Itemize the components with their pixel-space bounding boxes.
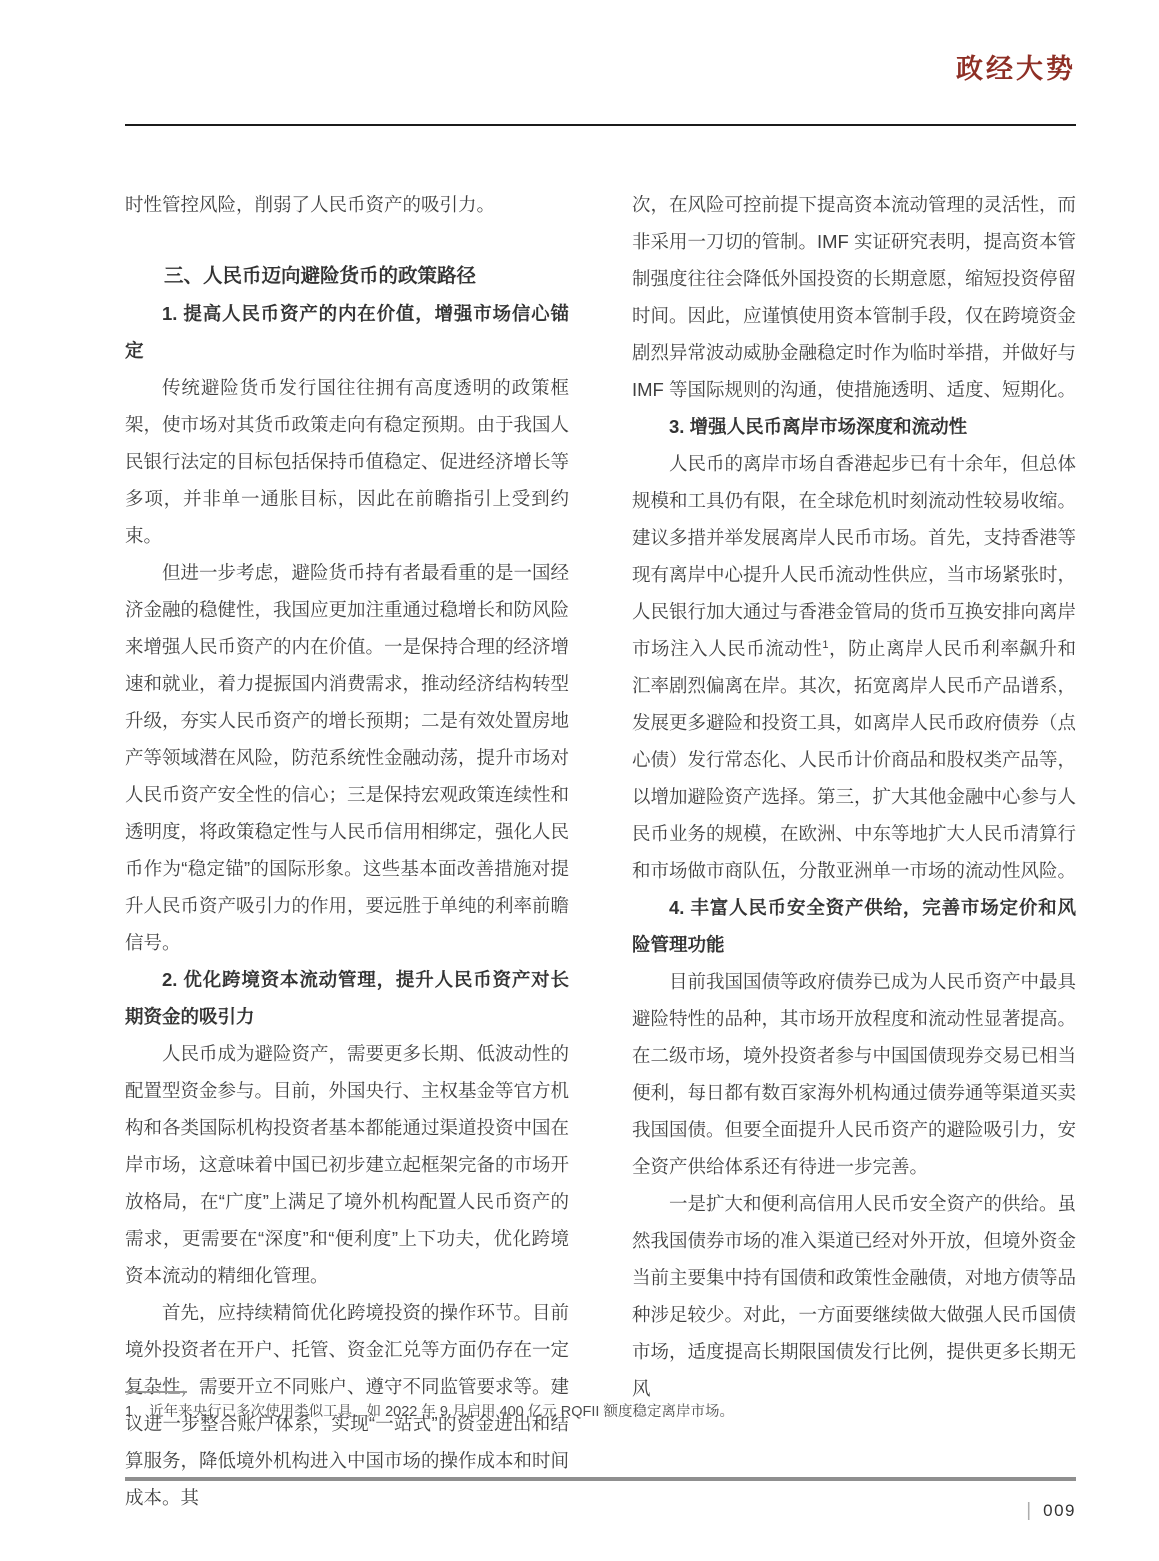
paragraph: 目前我国国债等政府债券已成为人民币资产中最具避险特性的品种，其市场开放程度和流动… (632, 963, 1076, 1185)
subheading-3: 3. 增强人民币离岸市场深度和流动性 (632, 408, 1076, 445)
footnote-marker: 1 (125, 1404, 133, 1420)
paragraph-text: 人民币的离岸市场自香港起步已有十余年，但总体规模和工具仍有限，在全球危机时刻流动… (632, 453, 1076, 659)
footnote: 1近年来央行已多次使用类似工具，如 2022 年 9 月启用 400 亿元 RQ… (125, 1400, 1076, 1424)
subheading-1: 1. 提高人民币资产的内在价值，增强市场信心锚定 (125, 295, 569, 369)
subheading-4: 4. 丰富人民币安全资产供给，完善市场定价和风险管理功能 (632, 889, 1076, 963)
page-number-separator: | (1026, 1500, 1031, 1522)
magazine-page: 政经大势 时性管控风险，削弱了人民币资产的吸引力。 三、人民币迈向避险货币的政策… (0, 0, 1159, 1561)
paragraph-continued: 时性管控风险，削弱了人民币资产的吸引力。 (125, 186, 569, 223)
page-number-value: 009 (1043, 1501, 1076, 1521)
paragraph-text: ，防止离岸人民币利率飙升和汇率剧烈偏离在岸。其次，拓宽离岸人民币产品谱系，发展更… (632, 638, 1076, 881)
paragraph-continued: 次，在风险可控前提下提高资本流动管理的灵活性，而非采用一刀切的管制。IMF 实证… (632, 186, 1076, 408)
paragraph: 人民币成为避险资产，需要更多长期、低波动性的配置型资金参与。目前，外国央行、主权… (125, 1035, 569, 1294)
footnote-rule (125, 1391, 187, 1393)
footnote-text: 近年来央行已多次使用类似工具，如 2022 年 9 月启用 400 亿元 RQF… (149, 1404, 734, 1420)
right-column: 次，在风险可控前提下提高资本流动管理的灵活性，而非采用一刀切的管制。IMF 实证… (632, 186, 1076, 1516)
left-column: 时性管控风险，削弱了人民币资产的吸引力。 三、人民币迈向避险货币的政策路径 1.… (125, 186, 569, 1516)
paragraph: 传统避险货币发行国往往拥有高度透明的政策框架，使市场对其货币政策走向有稳定预期。… (125, 369, 569, 554)
subheading-2: 2. 优化跨境资本流动管理，提升人民币资产对长期资金的吸引力 (125, 961, 569, 1035)
section-label: 政经大势 (956, 47, 1076, 86)
article-body: 时性管控风险，削弱了人民币资产的吸引力。 三、人民币迈向避险货币的政策路径 1.… (125, 186, 1076, 1516)
section-heading-3: 三、人民币迈向避险货币的政策路径 (125, 258, 569, 295)
header-rule (125, 124, 1076, 126)
page-number: |009 (1026, 1500, 1076, 1522)
paragraph: 一是扩大和便利高信用人民币安全资产的供给。虽然我国债券市场的准入渠道已经对外开放… (632, 1185, 1076, 1407)
paragraph-with-footnote: 人民币的离岸市场自香港起步已有十余年，但总体规模和工具仍有限，在全球危机时刻流动… (632, 445, 1076, 889)
paragraph: 但进一步考虑，避险货币持有者最看重的是一国经济金融的稳健性，我国应更加注重通过稳… (125, 554, 569, 961)
footer-rule (125, 1477, 1076, 1481)
